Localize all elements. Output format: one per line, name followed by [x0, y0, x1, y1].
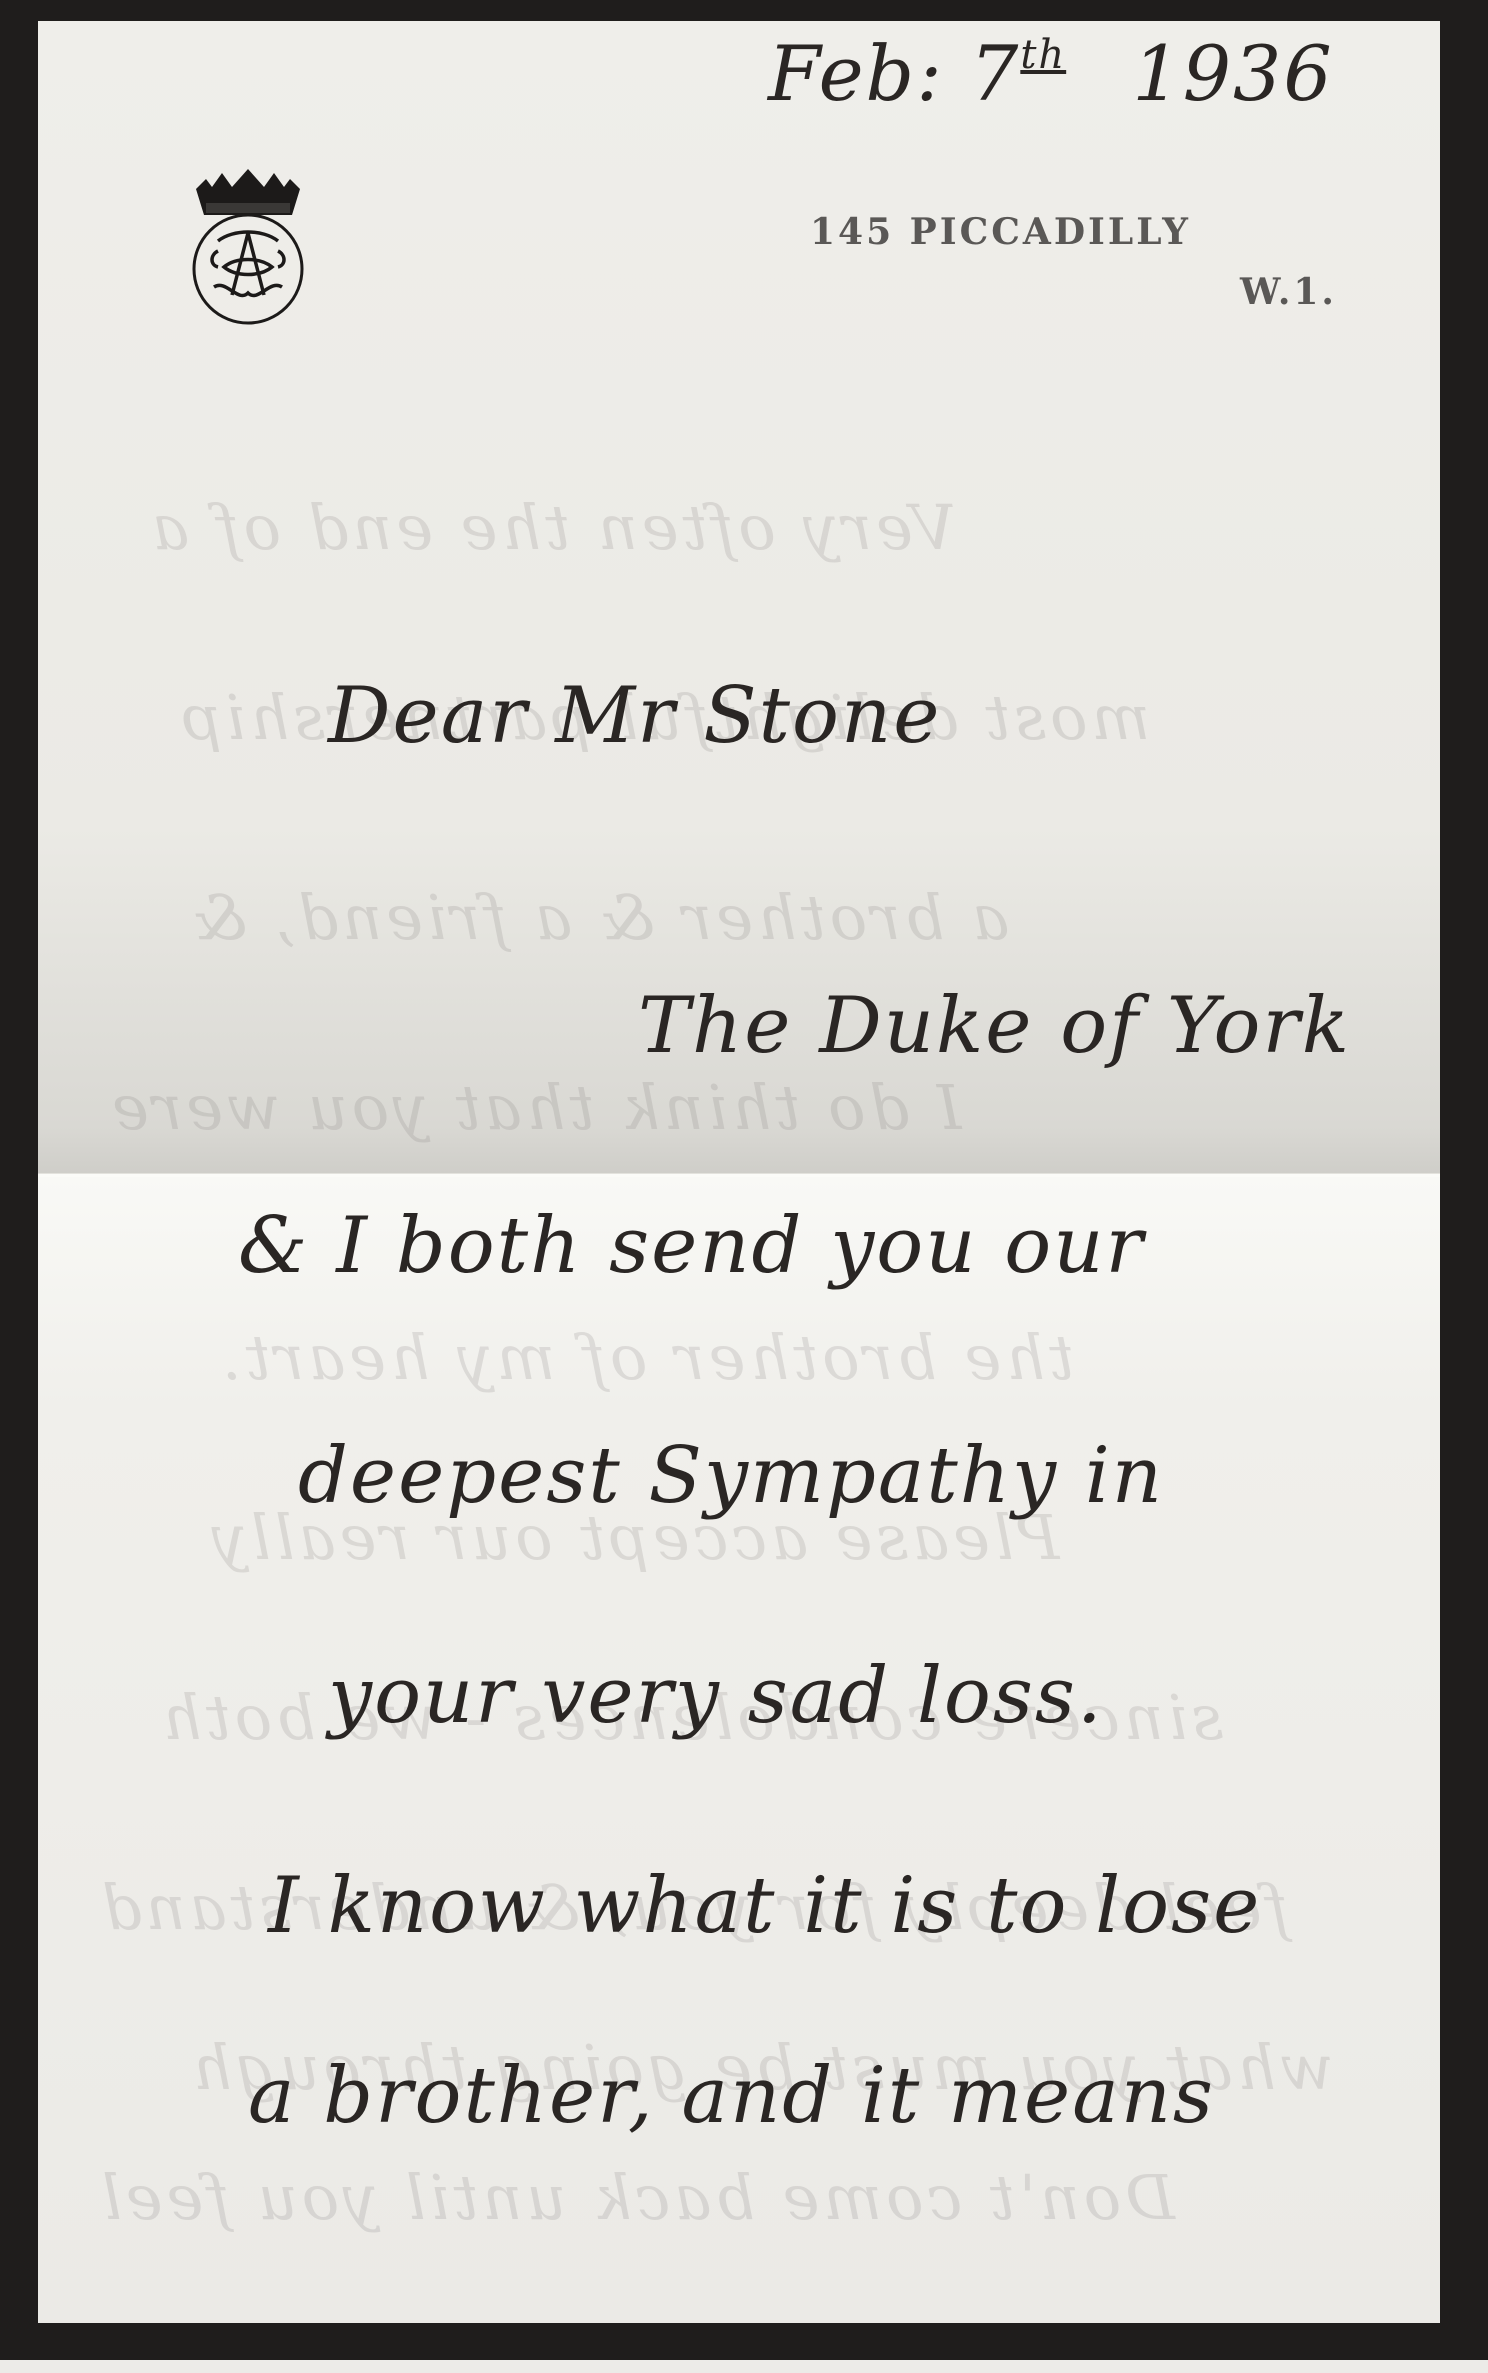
scan-edge: [0, 2360, 1488, 2373]
show-through-line: Very often the end of a: [148, 491, 956, 564]
coronet-monogram-icon: [188, 169, 308, 329]
salutation: Dear Mr Stone: [328, 671, 941, 761]
body-line: I know what it is to lose: [268, 1861, 1261, 1951]
show-through-line: a brother & a friend, &: [188, 881, 1009, 954]
date-year: 1936: [1132, 29, 1333, 118]
letterhead-postcode: W.1.: [1240, 271, 1337, 313]
letter-paper: Very often the end of a most delightful …: [38, 21, 1440, 2323]
body-line: & I both send you our: [238, 1201, 1145, 1291]
show-through-line: Don't come back until you feel: [98, 2161, 1175, 2234]
letterhead-street: 145 PICCADILLY: [810, 211, 1191, 253]
show-through-line: the brother of my heart.: [218, 1321, 1074, 1394]
body-line: deepest Sympathy in: [298, 1431, 1164, 1521]
date-ordinal: th: [1020, 32, 1066, 78]
show-through-line: I do think that you were: [108, 1071, 961, 1144]
date-day: Feb: 7: [768, 29, 1020, 118]
body-line: a brother, and it means: [248, 2051, 1215, 2141]
body-line: your very sad loss.: [328, 1651, 1104, 1741]
body-line: The Duke of York: [638, 981, 1351, 1071]
letter-date: Feb: 7th 1936: [768, 29, 1334, 118]
